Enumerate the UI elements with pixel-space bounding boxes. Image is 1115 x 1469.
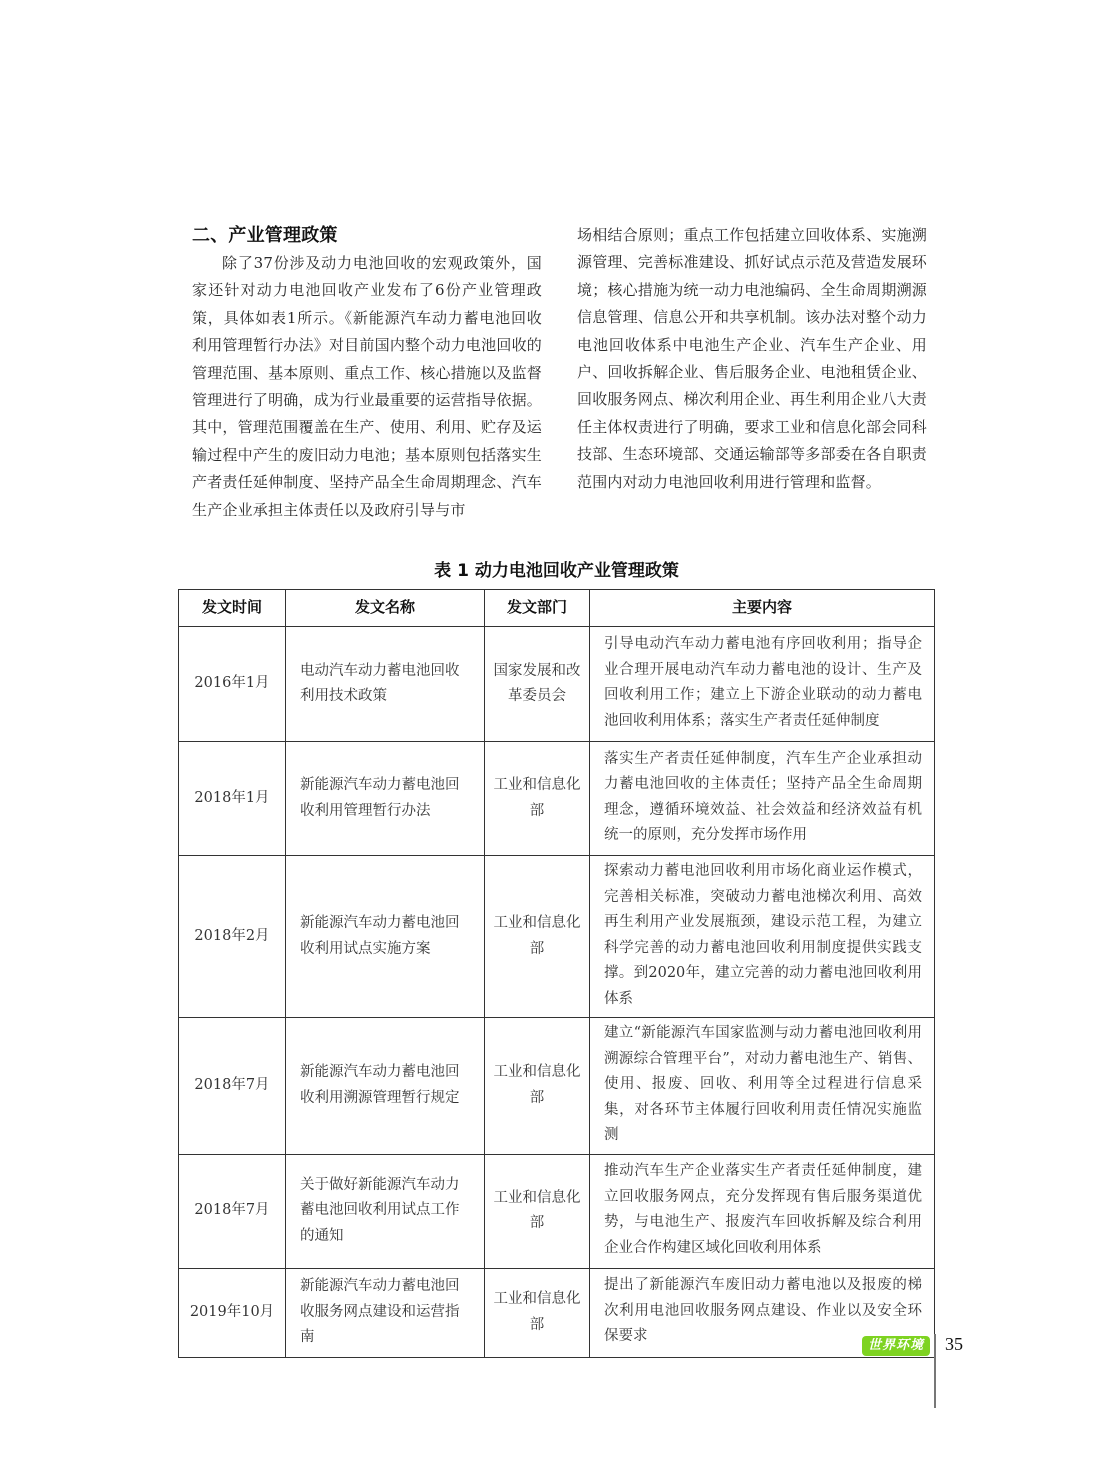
body-paragraph-left: 除了37份涉及动力电池回收的宏观政策外，国家还针对动力电池回收产业发布了6份产业… bbox=[192, 250, 542, 524]
cell-date: 2018年2月 bbox=[179, 856, 286, 1018]
cell-date: 2018年1月 bbox=[179, 742, 286, 856]
header-content: 主要内容 bbox=[590, 590, 935, 627]
cell-content: 落实生产者责任延伸制度，汽车生产企业承担动力蓄电池回收的主体责任；坚持产品全生命… bbox=[590, 742, 935, 856]
table-header-row: 发文时间 发文名称 发文部门 主要内容 bbox=[179, 590, 935, 627]
table-row: 2018年7月 关于做好新能源汽车动力蓄电池回收利用试点工作的通知 工业和信息化… bbox=[179, 1154, 935, 1268]
header-name: 发文名称 bbox=[286, 590, 485, 627]
cell-content: 引导电动汽车动力蓄电池有序回收利用；指导企业合理开展电动汽车动力蓄电池的设计、生… bbox=[590, 627, 935, 742]
cell-content: 建立“新能源汽车国家监测与动力蓄电池回收利用溯源综合管理平台”，对动力蓄电池生产… bbox=[590, 1018, 935, 1155]
table-row: 2018年1月 新能源汽车动力蓄电池回收利用管理暂行办法 工业和信息化部 落实生… bbox=[179, 742, 935, 856]
cell-date: 2018年7月 bbox=[179, 1018, 286, 1155]
body-paragraph-right: 场相结合原则；重点工作包括建立回收体系、实施溯源管理、完善标准建设、抓好试点示范… bbox=[577, 222, 927, 496]
table-title: 表 1 动力电池回收产业管理政策 bbox=[178, 556, 935, 581]
cell-dept: 工业和信息化部 bbox=[485, 856, 590, 1018]
cell-dept: 国家发展和改革委员会 bbox=[485, 627, 590, 742]
policy-table: 发文时间 发文名称 发文部门 主要内容 2016年1月 电动汽车动力蓄电池回收利… bbox=[178, 589, 935, 1358]
footer-divider bbox=[934, 1334, 936, 1408]
right-column: 场相结合原则；重点工作包括建立回收体系、实施溯源管理、完善标准建设、抓好试点示范… bbox=[577, 222, 927, 496]
cell-dept: 工业和信息化部 bbox=[485, 1018, 590, 1155]
cell-dept: 工业和信息化部 bbox=[485, 1154, 590, 1268]
table-row: 2018年2月 新能源汽车动力蓄电池回收利用试点实施方案 工业和信息化部 探索动… bbox=[179, 856, 935, 1018]
cell-date: 2016年1月 bbox=[179, 627, 286, 742]
header-dept: 发文部门 bbox=[485, 590, 590, 627]
cell-name: 关于做好新能源汽车动力蓄电池回收利用试点工作的通知 bbox=[286, 1154, 485, 1268]
cell-content: 探索动力蓄电池回收利用市场化商业运作模式，完善相关标准，突破动力蓄电池梯次利用、… bbox=[590, 856, 935, 1018]
cell-date: 2018年7月 bbox=[179, 1154, 286, 1268]
cell-name: 新能源汽车动力蓄电池回收利用溯源管理暂行规定 bbox=[286, 1018, 485, 1155]
cell-name: 新能源汽车动力蓄电池回收利用管理暂行办法 bbox=[286, 742, 485, 856]
cell-name: 新能源汽车动力蓄电池回收利用试点实施方案 bbox=[286, 856, 485, 1018]
header-date: 发文时间 bbox=[179, 590, 286, 627]
cell-dept: 工业和信息化部 bbox=[485, 1268, 590, 1357]
table-row: 2018年7月 新能源汽车动力蓄电池回收利用溯源管理暂行规定 工业和信息化部 建… bbox=[179, 1018, 935, 1155]
magazine-logo: 世界环境 bbox=[862, 1336, 930, 1356]
left-column: 二、产业管理政策 除了37份涉及动力电池回收的宏观政策外，国家还针对动力电池回收… bbox=[192, 222, 542, 524]
cell-name: 电动汽车动力蓄电池回收利用技术政策 bbox=[286, 627, 485, 742]
cell-content: 推动汽车生产企业落实生产者责任延伸制度，建立回收服务网点，充分发挥现有售后服务渠… bbox=[590, 1154, 935, 1268]
page-number: 35 bbox=[945, 1334, 963, 1355]
cell-dept: 工业和信息化部 bbox=[485, 742, 590, 856]
cell-date: 2019年10月 bbox=[179, 1268, 286, 1357]
table-row: 2016年1月 电动汽车动力蓄电池回收利用技术政策 国家发展和改革委员会 引导电… bbox=[179, 627, 935, 742]
table-row: 2019年10月 新能源汽车动力蓄电池回收服务网点建设和运营指南 工业和信息化部… bbox=[179, 1268, 935, 1357]
cell-name: 新能源汽车动力蓄电池回收服务网点建设和运营指南 bbox=[286, 1268, 485, 1357]
section-heading: 二、产业管理政策 bbox=[192, 222, 542, 250]
